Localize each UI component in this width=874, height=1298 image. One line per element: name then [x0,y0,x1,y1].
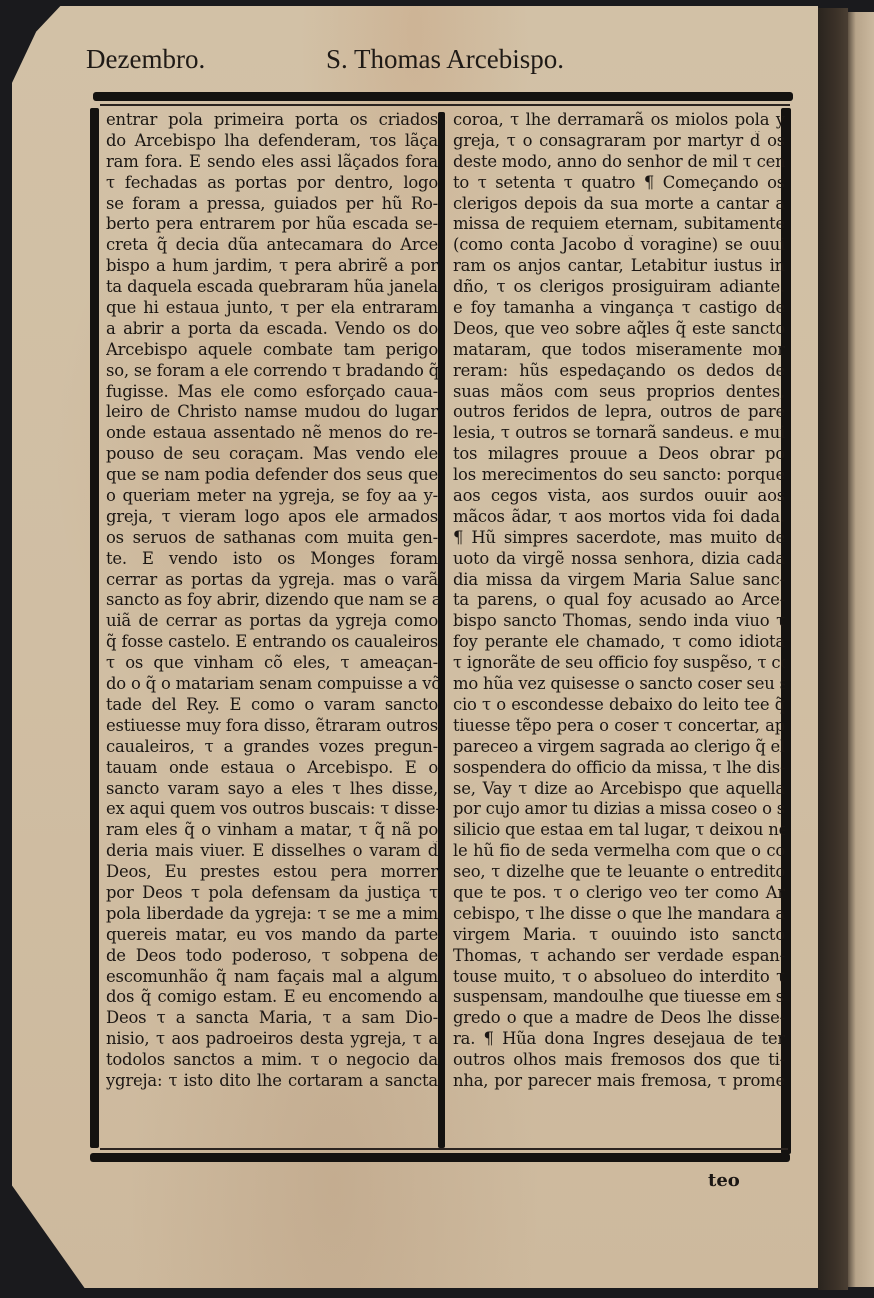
text-line: cebispo, τ lhe disse o que lhe mandara a [453,904,785,925]
text-line: sancto as foy abrir, dizendo que nam se … [106,590,438,611]
text-line: tauam onde estaua o Arcebispo. E o [106,758,438,779]
text-line: a abrir a porta da escada. Vendo os do [106,319,438,340]
text-line: tade del Rey. E como o varam sancto [106,695,438,716]
text-line: pareceo a virgem sagrada ao clerigo q̃ e… [453,737,785,758]
text-line: nisio, τ aos padroeiros desta ygreja, τ … [106,1029,438,1050]
text-line: coroa, τ lhe derramarã os miolos pola y [453,110,785,131]
text-line: que hi estaua junto, τ per ela entraram [106,298,438,319]
text-line: tos milagres prouue a Deos obrar po [453,444,785,465]
text-line: do o q̃ o matariam senam compuisse a võ- [106,674,438,695]
folio-number: teo [708,1170,740,1191]
text-line: suspensam, mandoulhe que tiuesse em se [453,987,785,1008]
text-line: Deos τ a sancta Maria, τ a sam Dio- [106,1008,438,1029]
text-line: τ os que vinham cõ eles, τ ameaçan- [106,653,438,674]
text-line: deste modo, anno do senhor de mil τ cen [453,152,785,173]
text-line: do Arcebispo lha defenderam, τos lãça [106,131,438,152]
text-line: los merecimentos do seu sancto: porque [453,465,785,486]
text-line: to τ setenta τ quatro ¶ Começando os [453,173,785,194]
text-line: pola liberdade da ygreja: τ se me a mim [106,904,438,925]
text-line: se foram a pressa, guiados per hũ Ro- [106,194,438,215]
text-line: tiuesse tẽpo pera o coser τ concertar, a… [453,716,785,737]
text-line: aos cegos vista, aos surdos ouuir aos [453,486,785,507]
text-line: so, se foram a ele correndo τ bradando q… [106,361,438,382]
text-line: bispo a hum jardim, τ pera abrirẽ a por [106,256,438,277]
text-column-right: coroa, τ lhe derramarã os miolos pola yg… [453,110,785,1092]
text-line: Thomas, τ achando ser verdade espan- [453,946,785,967]
running-head: Dezembro. S. Thomas Arcebispo. [86,38,806,78]
text-line: q̃ fosse castelo. E entrando os caualeir… [106,632,438,653]
text-line: lesia, τ outros se tornarã sandeus. e mu… [453,423,785,444]
text-line: por Deos τ pola defensam da justiça τ [106,883,438,904]
text-line: cio τ o escondesse debaixo do leito tee … [453,695,785,716]
text-line: foy perante ele chamado, τ como idiota [453,632,785,653]
text-line: outros olhos mais fremosos dos que ti- [453,1050,785,1071]
text-line: τ fechadas as portas por dentro, logo [106,173,438,194]
text-line: silicio que estaa em tal lugar, τ deixou… [453,820,785,841]
text-line: estiuesse muy fora disso, ẽtraram outros [106,716,438,737]
text-line: ram fora. E sendo eles assi lãçados fora [106,152,438,173]
facing-page-edge [846,12,874,1287]
text-line: entrar pola primeira porta os criados [106,110,438,131]
bottom-border-thin-rule [100,1148,788,1150]
text-line: ta daquela escada quebraram hũa janela [106,277,438,298]
text-line: que te pos. τ o clerigo veo ter como Ar [453,883,785,904]
text-line: dño, τ os clerigos prosiguiram adiante. [453,277,785,298]
text-line: greja, τ vieram logo apos ele armados [106,507,438,528]
text-line: seo, τ dizelhe que te leuante o entredit… [453,862,785,883]
text-line: clerigos depois da sua morte a cantar a [453,194,785,215]
text-line: ra. ¶ Hũa dona Ingres desejaua de ter [453,1029,785,1050]
text-line: pouso de seu coraçam. Mas vendo ele [106,444,438,465]
text-line: te. E vendo isto os Monges foram [106,549,438,570]
text-line: touse muito, τ o absolueo do interdito τ [453,967,785,988]
text-line: ex aqui quem vos outros buscais: τ disse… [106,799,438,820]
text-line: ram eles q̃ o vinham a matar, τ q̃ nã po [106,820,438,841]
text-line: por cujo amor tu dizias a missa coseo o … [453,799,785,820]
top-border-rule [93,92,793,101]
text-line: outros feridos de lepra, outros de pare [453,402,785,423]
text-line: (como conta Jacobo d̃ voragine) se ouui [453,235,785,256]
text-line: ¶ Hũ simpres sacerdote, mas muito de [453,528,785,549]
text-line: missa de requiem eternam, subitamente [453,214,785,235]
text-line: deria mais viuer. E disselhes o varam d̃ [106,841,438,862]
text-line: se, Vay τ dize ao Arcebispo que aquella [453,779,785,800]
left-border-rule [90,108,99,1148]
text-line: todolos sanctos a mim. τ o negocio da [106,1050,438,1071]
text-line: le hũ fio de seda vermelha com que o co [453,841,785,862]
text-line: sospendera do officio da missa, τ lhe di… [453,758,785,779]
text-line: greja, τ o consagraram por martyr d̃ os [453,131,785,152]
text-line: uiã de cerrar as portas da ygreja como [106,611,438,632]
text-line: dos q̃ comigo estam. E eu encomendo a [106,987,438,1008]
text-line: mãcos ãdar, τ aos mortos vida foi dada. [453,507,785,528]
text-line: nha, por parecer mais fremosa, τ prome [453,1071,785,1092]
bottom-border-rule [90,1153,790,1162]
text-column-left: entrar pola primeira porta os criadosdo … [106,110,438,1092]
gutter-shadow [818,8,848,1290]
text-line: onde estaua assentado nẽ menos do re- [106,423,438,444]
text-line: mo hũa vez quisesse o sancto coser seu s… [453,674,785,695]
text-line: uoto da virgẽ nossa senhora, dizia cada [453,549,785,570]
top-border-thin-rule [100,104,790,106]
text-line: fugisse. Mas ele como esforçado caua- [106,382,438,403]
text-line: reram: hũs espedaçando os dedos de [453,361,785,382]
text-line: escomunhão q̃ nam façais mal a algum [106,967,438,988]
running-head-title: S. Thomas Arcebispo. [326,44,564,75]
text-line: mataram, que todos miseramente mor [453,340,785,361]
text-line: ram os anjos cantar, Letabitur iustus in [453,256,785,277]
text-line: dia missa da virgem Maria Salue sanc- [453,570,785,591]
text-line: ta parens, o qual foy acusado ao Arce- [453,590,785,611]
text-line: gredo o que a madre de Deos lhe disse- [453,1008,785,1029]
text-line: caualeiros, τ a grandes vozes pregun- [106,737,438,758]
text-line: e foy tamanha a vingança τ castigo de [453,298,785,319]
text-line: de Deos todo poderoso, τ sobpena de [106,946,438,967]
text-line: suas mãos com seus proprios dentes, [453,382,785,403]
text-line: Deos, que veo sobre aq̃les q̃ este sanct… [453,319,785,340]
text-line: virgem Maria. τ ouuindo isto sancto [453,925,785,946]
column-divider-rule [438,112,445,1148]
text-line: creta q̃ decia dũa antecamara do Arce [106,235,438,256]
text-line: sancto varam sayo a eles τ lhes disse, [106,779,438,800]
text-line: quereis matar, eu vos mando da parte [106,925,438,946]
text-line: bispo sancto Thomas, sendo inda viuo τ [453,611,785,632]
text-line: o queriam meter na ygreja, se foy aa y- [106,486,438,507]
text-line: berto pera entrarem por hũa escada se- [106,214,438,235]
text-line: cerrar as portas da ygreja. mas o varã [106,570,438,591]
text-line: τ ignorãte de seu officio foy suspẽso, τ… [453,653,785,674]
text-line: Arcebispo aquele combate tam perigo [106,340,438,361]
text-line: leiro de Christo namse mudou do lugar [106,402,438,423]
running-head-month: Dezembro. [86,44,205,75]
text-line: Deos, Eu prestes estou pera morrer [106,862,438,883]
text-line: os seruos de sathanas com muita gen- [106,528,438,549]
text-line: que se nam podia defender dos seus que [106,465,438,486]
text-line: ygreja: τ isto dito lhe cortaram a sanct… [106,1071,438,1092]
